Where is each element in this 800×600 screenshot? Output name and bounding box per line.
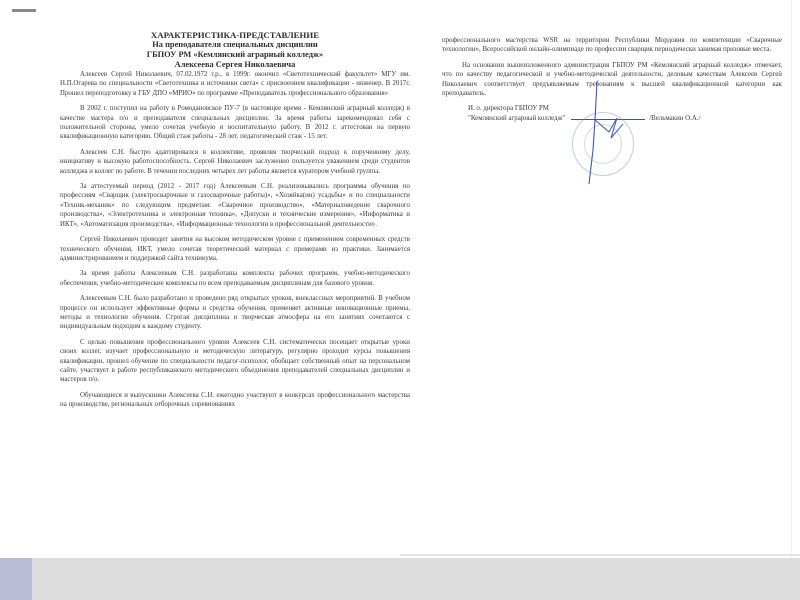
scan-mark (12, 9, 36, 12)
paragraph: Алексеевым С.Н. было разработано и прове… (60, 294, 410, 332)
document-title-block: ХАРАКТЕРИСТИКА-ПРЕДСТАВЛЕНИЕ На преподав… (60, 30, 410, 70)
paragraph: Обучающиеся и выпускники Алексеева С.Н. … (60, 391, 410, 410)
paragraph: профессионального мастерства WSR на терр… (442, 36, 782, 55)
paragraph: За время работы Алексеевым С.Н. разработ… (60, 269, 410, 288)
signer-name: /Вельмакин О.А./ (649, 115, 700, 122)
page-edge-right (791, 0, 792, 558)
bottom-accent-square (0, 558, 32, 600)
document-subtitle: На преподавателя специальных дисциплин (60, 40, 410, 50)
handwritten-signature-icon (575, 80, 655, 190)
paragraph: За аттестуемый период (2012 - 2017 год) … (60, 182, 410, 229)
bottom-bar (0, 558, 800, 600)
paragraph: В 2002 г. поступил на работу в Ромоданов… (60, 104, 410, 142)
document-page-left: ХАРАКТЕРИСТИКА-ПРЕДСТАВЛЕНИЕ На преподав… (60, 30, 410, 416)
paragraph: С целью повышения профессионального уров… (60, 338, 410, 385)
institution-name: ГБПОУ РМ «Кемлянский аграрный колледж» (60, 50, 410, 60)
paragraph: Сергей Николаевич проводит занятия на вы… (60, 235, 410, 263)
signer-organization: "Кемлянский аграрный колледж" (468, 115, 565, 122)
paragraph: Алексеев С.Н. быстро адаптировался в кол… (60, 148, 410, 176)
page-edge-bottom (400, 554, 800, 556)
document-title: ХАРАКТЕРИСТИКА-ПРЕДСТАВЛЕНИЕ (60, 30, 410, 40)
paragraph: Алексеев Сергей Николаевич, 07.02.1972 г… (60, 70, 410, 98)
teacher-name: Алексеева Сергея Николаевича (60, 60, 410, 70)
